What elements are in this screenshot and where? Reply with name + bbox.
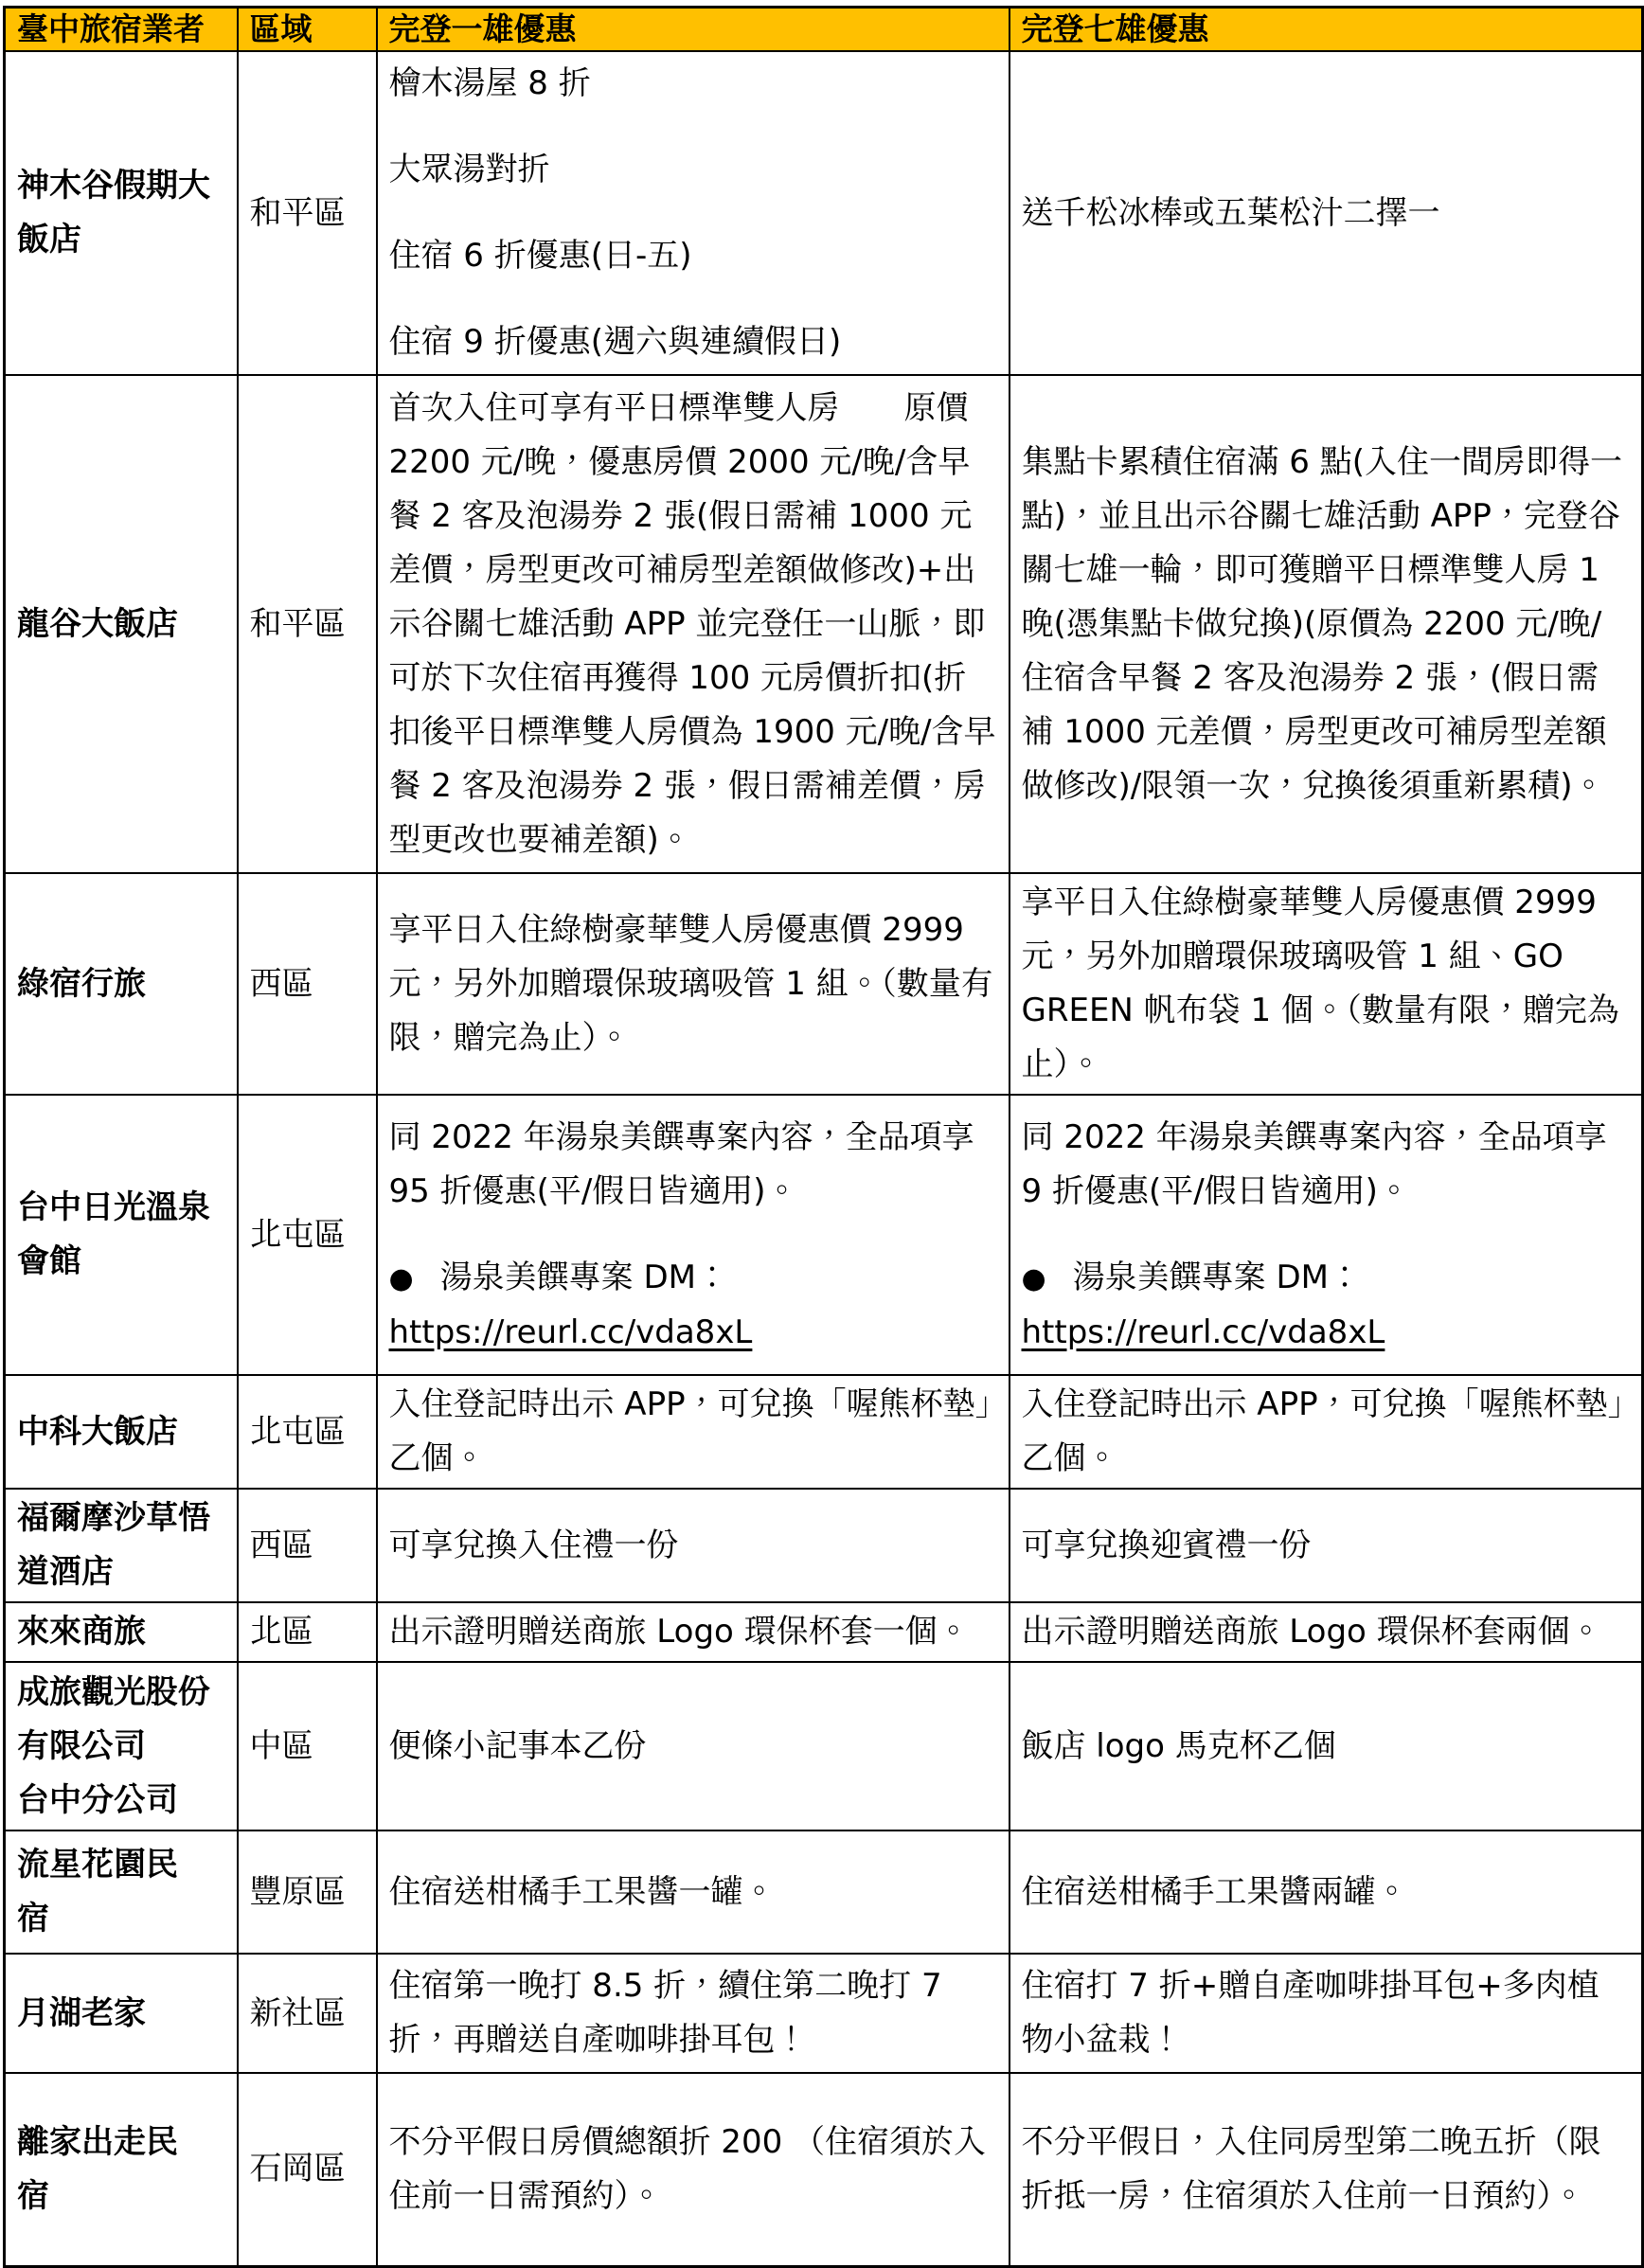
offer-seven-cell: 集點卡累積住宿滿 6 點(入住一間房即得一點)，並且出示谷關七雄活動 APP，完…: [1010, 375, 1643, 873]
offer-text: 享平日入住綠樹豪華雙人房優惠價 2999 元，另外加贈環保玻璃吸管 1 組。（數…: [389, 903, 997, 1065]
offer-one-cell: 住宿第一晚打 8.5 折，續住第二晚打 7 折，再贈送自產咖啡掛耳包！: [377, 1954, 1010, 2073]
link-line: https://reurl.cc/vda8xL: [389, 1306, 997, 1360]
dm-link[interactable]: https://reurl.cc/vda8xL: [389, 1313, 753, 1351]
hotel-name-cell: 離家出走民 宿: [5, 2073, 238, 2266]
table-row: 離家出走民 宿石岡區不分平假日房價總額折 200 （住宿須於入住前一日需預約）。…: [5, 2073, 1643, 2266]
offer-one-cell: 不分平假日房價總額折 200 （住宿須於入住前一日需預約）。: [377, 2073, 1010, 2266]
table-row: 台中日光溫泉 會館北屯區同 2022 年湯泉美饌專案內容，全品項享 95 折優惠…: [5, 1095, 1643, 1375]
offer-one-cell: 首次入住可享有平日標準雙人房 原價 2200 元/晚，優惠房價 2000 元/晚…: [377, 375, 1010, 873]
offer-text: 大眾湯對折: [389, 143, 997, 197]
offer-seven-cell: 同 2022 年湯泉美饌專案內容，全品項享 9 折優惠(平/假日皆適用)。●湯泉…: [1010, 1095, 1643, 1375]
offer-one-cell: 出示證明贈送商旅 Logo 環保杯套一個。: [377, 1602, 1010, 1662]
header-hotel: 臺中旅宿業者: [5, 8, 238, 52]
region-cell: 北屯區: [238, 1375, 377, 1489]
offer-text: 不分平假日，入住同房型第二晚五折（限折抵一房，住宿須於入住前一日預約）。: [1022, 2116, 1631, 2223]
region-cell: 和平區: [238, 51, 377, 375]
table-row: 成旅觀光股份 有限公司 台中分公司中區便條小記事本乙份飯店 logo 馬克杯乙個: [5, 1662, 1643, 1830]
offer-seven-cell: 住宿打 7 折+贈自產咖啡掛耳包+多肉植物小盆栽！: [1010, 1954, 1643, 2073]
offer-seven-cell: 可享兌換迎賓禮一份: [1010, 1489, 1643, 1602]
hotel-offers-table: 臺中旅宿業者 區域 完登一雄優惠 完登七雄優惠 神木谷假期大 飯店和平區檜木湯屋…: [3, 6, 1644, 2268]
hotel-name-cell: 流星花園民 宿: [5, 1830, 238, 1954]
hotel-name-cell: 成旅觀光股份 有限公司 台中分公司: [5, 1662, 238, 1830]
header-region: 區域: [238, 8, 377, 52]
hotel-name-cell: 來來商旅: [5, 1602, 238, 1662]
header-offer-one-peak: 完登一雄優惠: [377, 8, 1010, 52]
offer-text: 住宿送柑橘手工果醬一罐。: [389, 1866, 997, 1920]
bullet-text: 湯泉美饌專案 DM：: [440, 1259, 728, 1296]
table-row: 福爾摩沙草悟 道酒店西區可享兌換入住禮一份可享兌換迎賓禮一份: [5, 1489, 1643, 1602]
bullet-line: ●湯泉美饌專案 DM：: [1022, 1251, 1631, 1306]
offer-text: 住宿送柑橘手工果醬兩罐。: [1022, 1866, 1631, 1920]
bullet-icon: ●: [389, 1252, 414, 1306]
link-line: https://reurl.cc/vda8xL: [1022, 1306, 1631, 1360]
hotel-name-cell: 綠宿行旅: [5, 873, 238, 1095]
header-offer-seven-peaks: 完登七雄優惠: [1010, 8, 1643, 52]
region-cell: 石岡區: [238, 2073, 377, 2266]
hotel-name-cell: 神木谷假期大 飯店: [5, 51, 238, 375]
table-row: 流星花園民 宿豐原區住宿送柑橘手工果醬一罐。住宿送柑橘手工果醬兩罐。: [5, 1830, 1643, 1954]
offer-seven-cell: 不分平假日，入住同房型第二晚五折（限折抵一房，住宿須於入住前一日預約）。: [1010, 2073, 1643, 2266]
offer-text: 便條小記事本乙份: [389, 1720, 997, 1774]
offer-seven-cell: 出示證明贈送商旅 Logo 環保杯套兩個。: [1010, 1602, 1643, 1662]
region-cell: 西區: [238, 1489, 377, 1602]
offer-seven-cell: 飯店 logo 馬克杯乙個: [1010, 1662, 1643, 1830]
offer-text: 首次入住可享有平日標準雙人房 原價 2200 元/晚，優惠房價 2000 元/晚…: [389, 382, 997, 867]
table-row: 中科大飯店北屯區入住登記時出示 APP，可兌換「喔熊杯墊」乙個。入住登記時出示 …: [5, 1375, 1643, 1489]
hotel-name-cell: 龍谷大飯店: [5, 375, 238, 873]
offer-seven-cell: 住宿送柑橘手工果醬兩罐。: [1010, 1830, 1643, 1954]
offer-text: 可享兌換迎賓禮一份: [1022, 1519, 1631, 1573]
offer-text: 檜木湯屋 8 折: [389, 57, 997, 111]
region-cell: 和平區: [238, 375, 377, 873]
region-cell: 西區: [238, 873, 377, 1095]
offer-text: 住宿 6 折優惠(日-五): [389, 229, 997, 283]
bullet-icon: ●: [1022, 1252, 1046, 1306]
offer-text: 出示證明贈送商旅 Logo 環保杯套兩個。: [1022, 1605, 1631, 1659]
region-cell: 新社區: [238, 1954, 377, 2073]
offer-seven-cell: 送千松冰棒或五葉松汁二擇一: [1010, 51, 1643, 375]
region-cell: 豐原區: [238, 1830, 377, 1954]
offer-one-cell: 住宿送柑橘手工果醬一罐。: [377, 1830, 1010, 1954]
offer-text: 同 2022 年湯泉美饌專案內容，全品項享 9 折優惠(平/假日皆適用)。: [1022, 1111, 1631, 1219]
offer-text: 入住登記時出示 APP，可兌換「喔熊杯墊」乙個。: [1022, 1378, 1631, 1486]
offer-one-cell: 檜木湯屋 8 折大眾湯對折住宿 6 折優惠(日-五)住宿 9 折優惠(週六與連續…: [377, 51, 1010, 375]
offer-seven-cell: 享平日入住綠樹豪華雙人房優惠價 2999 元，另外加贈環保玻璃吸管 1 組、GO…: [1010, 873, 1643, 1095]
region-cell: 北屯區: [238, 1095, 377, 1375]
offer-text: 住宿第一晚打 8.5 折，續住第二晚打 7 折，再贈送自產咖啡掛耳包！: [389, 1959, 997, 2067]
offer-text: 可享兌換入住禮一份: [389, 1519, 997, 1573]
hotel-name-cell: 台中日光溫泉 會館: [5, 1095, 238, 1375]
hotel-name-cell: 福爾摩沙草悟 道酒店: [5, 1489, 238, 1602]
offer-text: 出示證明贈送商旅 Logo 環保杯套一個。: [389, 1605, 997, 1659]
offer-text: 入住登記時出示 APP，可兌換「喔熊杯墊」乙個。: [389, 1378, 997, 1486]
table-row: 月湖老家新社區住宿第一晚打 8.5 折，續住第二晚打 7 折，再贈送自產咖啡掛耳…: [5, 1954, 1643, 2073]
table-row: 綠宿行旅西區享平日入住綠樹豪華雙人房優惠價 2999 元，另外加贈環保玻璃吸管 …: [5, 873, 1643, 1095]
hotel-name-cell: 中科大飯店: [5, 1375, 238, 1489]
offer-text: 集點卡累積住宿滿 6 點(入住一間房即得一點)，並且出示谷關七雄活動 APP，完…: [1022, 436, 1631, 813]
table-row: 神木谷假期大 飯店和平區檜木湯屋 8 折大眾湯對折住宿 6 折優惠(日-五)住宿…: [5, 51, 1643, 375]
offer-text: 不分平假日房價總額折 200 （住宿須於入住前一日需預約）。: [389, 2116, 997, 2223]
header-row: 臺中旅宿業者 區域 完登一雄優惠 完登七雄優惠: [5, 8, 1643, 52]
offer-text: 同 2022 年湯泉美饌專案內容，全品項享 95 折優惠(平/假日皆適用)。: [389, 1111, 997, 1219]
region-cell: 中區: [238, 1662, 377, 1830]
table-body: 神木谷假期大 飯店和平區檜木湯屋 8 折大眾湯對折住宿 6 折優惠(日-五)住宿…: [5, 51, 1643, 2266]
offer-one-cell: 同 2022 年湯泉美饌專案內容，全品項享 95 折優惠(平/假日皆適用)。●湯…: [377, 1095, 1010, 1375]
offer-one-cell: 可享兌換入住禮一份: [377, 1489, 1010, 1602]
table-row: 龍谷大飯店和平區首次入住可享有平日標準雙人房 原價 2200 元/晚，優惠房價 …: [5, 375, 1643, 873]
offer-text: 住宿打 7 折+贈自產咖啡掛耳包+多肉植物小盆栽！: [1022, 1959, 1631, 2067]
hotel-name-cell: 月湖老家: [5, 1954, 238, 2073]
offer-text: 享平日入住綠樹豪華雙人房優惠價 2999 元，另外加贈環保玻璃吸管 1 組、GO…: [1022, 876, 1631, 1092]
offer-seven-cell: 入住登記時出示 APP，可兌換「喔熊杯墊」乙個。: [1010, 1375, 1643, 1489]
offer-one-cell: 入住登記時出示 APP，可兌換「喔熊杯墊」乙個。: [377, 1375, 1010, 1489]
offer-one-cell: 便條小記事本乙份: [377, 1662, 1010, 1830]
offer-text: 送千松冰棒或五葉松汁二擇一: [1022, 187, 1631, 241]
offer-text: 飯店 logo 馬克杯乙個: [1022, 1720, 1631, 1774]
offer-text: 住宿 9 折優惠(週六與連續假日): [389, 315, 997, 369]
offer-one-cell: 享平日入住綠樹豪華雙人房優惠價 2999 元，另外加贈環保玻璃吸管 1 組。（數…: [377, 873, 1010, 1095]
table-row: 來來商旅北區出示證明贈送商旅 Logo 環保杯套一個。出示證明贈送商旅 Logo…: [5, 1602, 1643, 1662]
dm-link[interactable]: https://reurl.cc/vda8xL: [1022, 1313, 1385, 1351]
bullet-text: 湯泉美饌專案 DM：: [1073, 1259, 1361, 1296]
bullet-line: ●湯泉美饌專案 DM：: [389, 1251, 997, 1306]
region-cell: 北區: [238, 1602, 377, 1662]
